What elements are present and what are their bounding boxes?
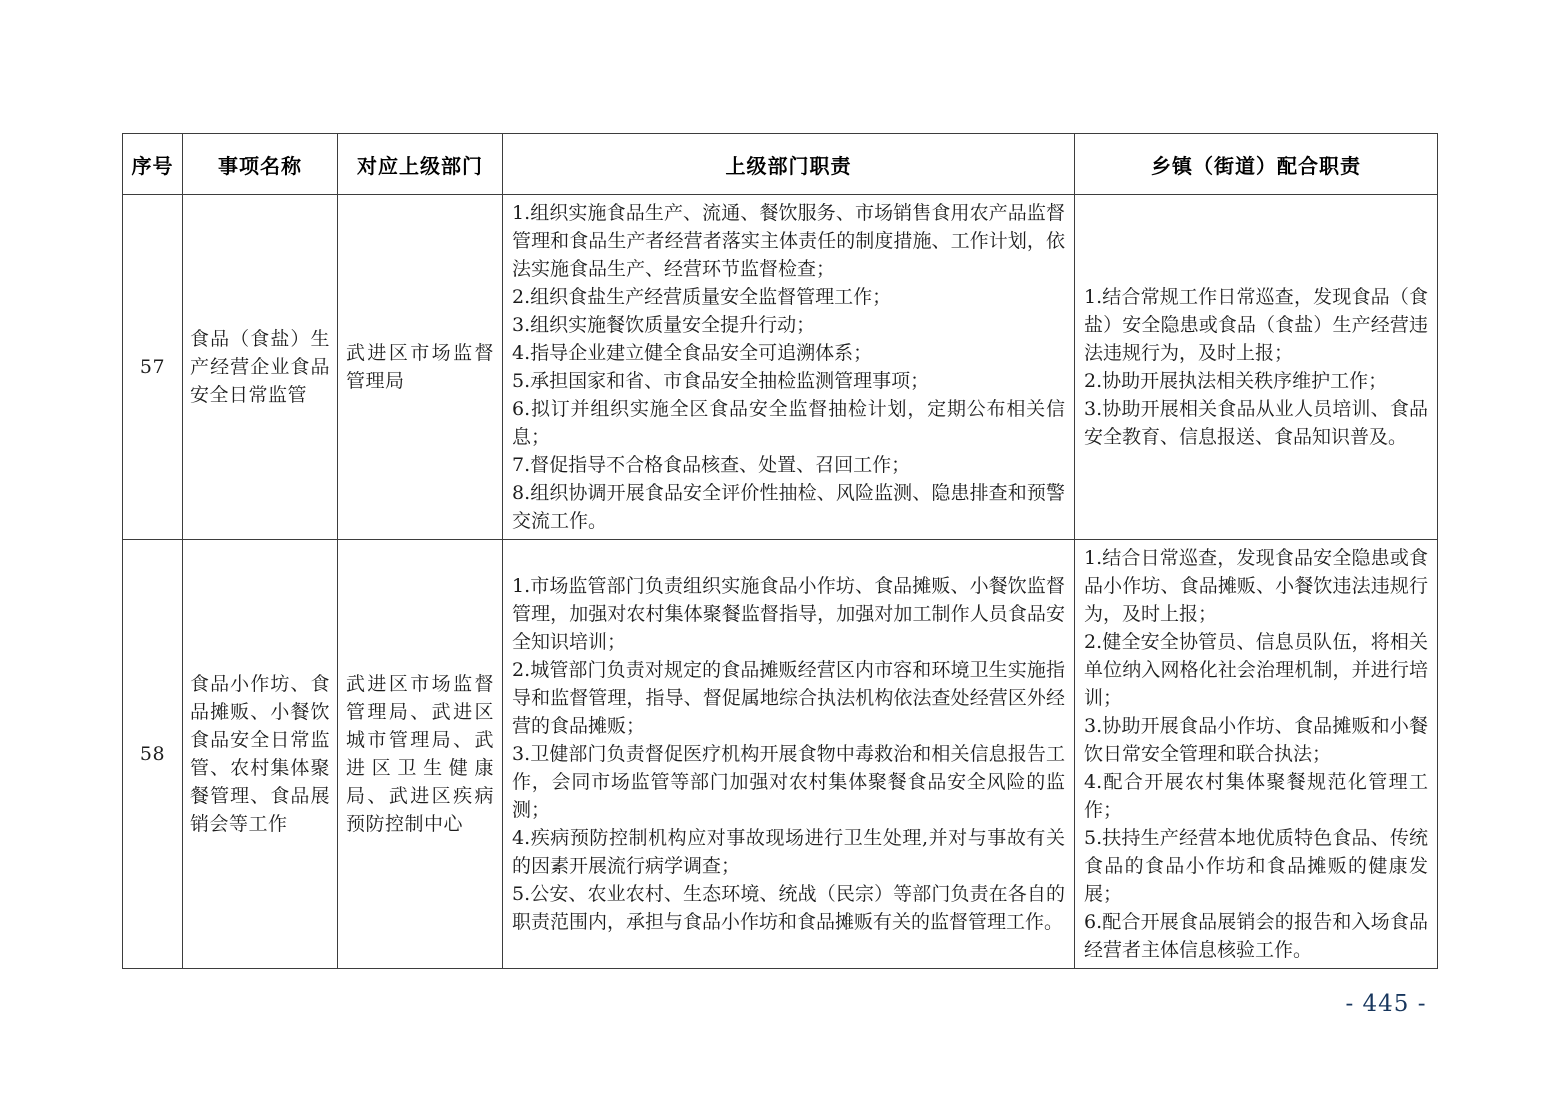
table-row-57: 57 食品（食盐）生产经营企业食品安全日常监管 武进区市场监督管理局 1.组织实…	[123, 195, 1438, 540]
header-seq: 序号	[123, 134, 183, 195]
header-superior-duties: 上级部门职责	[503, 134, 1075, 195]
page-number: - 445 -	[1338, 991, 1434, 1017]
header-item-name: 事项名称	[183, 134, 338, 195]
cell-superior-duties: 1.市场监管部门负责组织实施食品小作坊、食品摊贩、小餐饮监督管理，加强对农村集体…	[503, 540, 1075, 969]
cell-township-duties: 1.结合常规工作日常巡查，发现食品（食盐）安全隐患或食品（食盐）生产经营违法违规…	[1075, 195, 1438, 540]
cell-item-name: 食品小作坊、食品摊贩、小餐饮食品安全日常监管、农村集体聚餐管理、食品展销会等工作	[183, 540, 338, 969]
cell-seq: 58	[123, 540, 183, 969]
cell-township-duties: 1.结合日常巡查，发现食品安全隐患或食品小作坊、食品摊贩、小餐饮违法违规行为，及…	[1075, 540, 1438, 969]
cell-item-name: 食品（食盐）生产经营企业食品安全日常监管	[183, 195, 338, 540]
cell-seq: 57	[123, 195, 183, 540]
table-row-58: 58 食品小作坊、食品摊贩、小餐饮食品安全日常监管、农村集体聚餐管理、食品展销会…	[123, 540, 1438, 969]
cell-superior-department: 武进区市场监督管理局、武进区城市管理局、武进区卫生健康局、武进区疾病预防控制中心	[338, 540, 503, 969]
header-township-duties: 乡镇（街道）配合职责	[1075, 134, 1438, 195]
duties-table: 序号 事项名称 对应上级部门 上级部门职责 乡镇（街道）配合职责 57 食品（食…	[122, 133, 1438, 969]
table-header-row: 序号 事项名称 对应上级部门 上级部门职责 乡镇（街道）配合职责	[123, 134, 1438, 195]
cell-superior-department: 武进区市场监督管理局	[338, 195, 503, 540]
document-page: 序号 事项名称 对应上级部门 上级部门职责 乡镇（街道）配合职责 57 食品（食…	[0, 0, 1559, 1102]
cell-superior-duties: 1.组织实施食品生产、流通、餐饮服务、市场销售食用农产品监督管理和食品生产者经营…	[503, 195, 1075, 540]
header-superior-department: 对应上级部门	[338, 134, 503, 195]
